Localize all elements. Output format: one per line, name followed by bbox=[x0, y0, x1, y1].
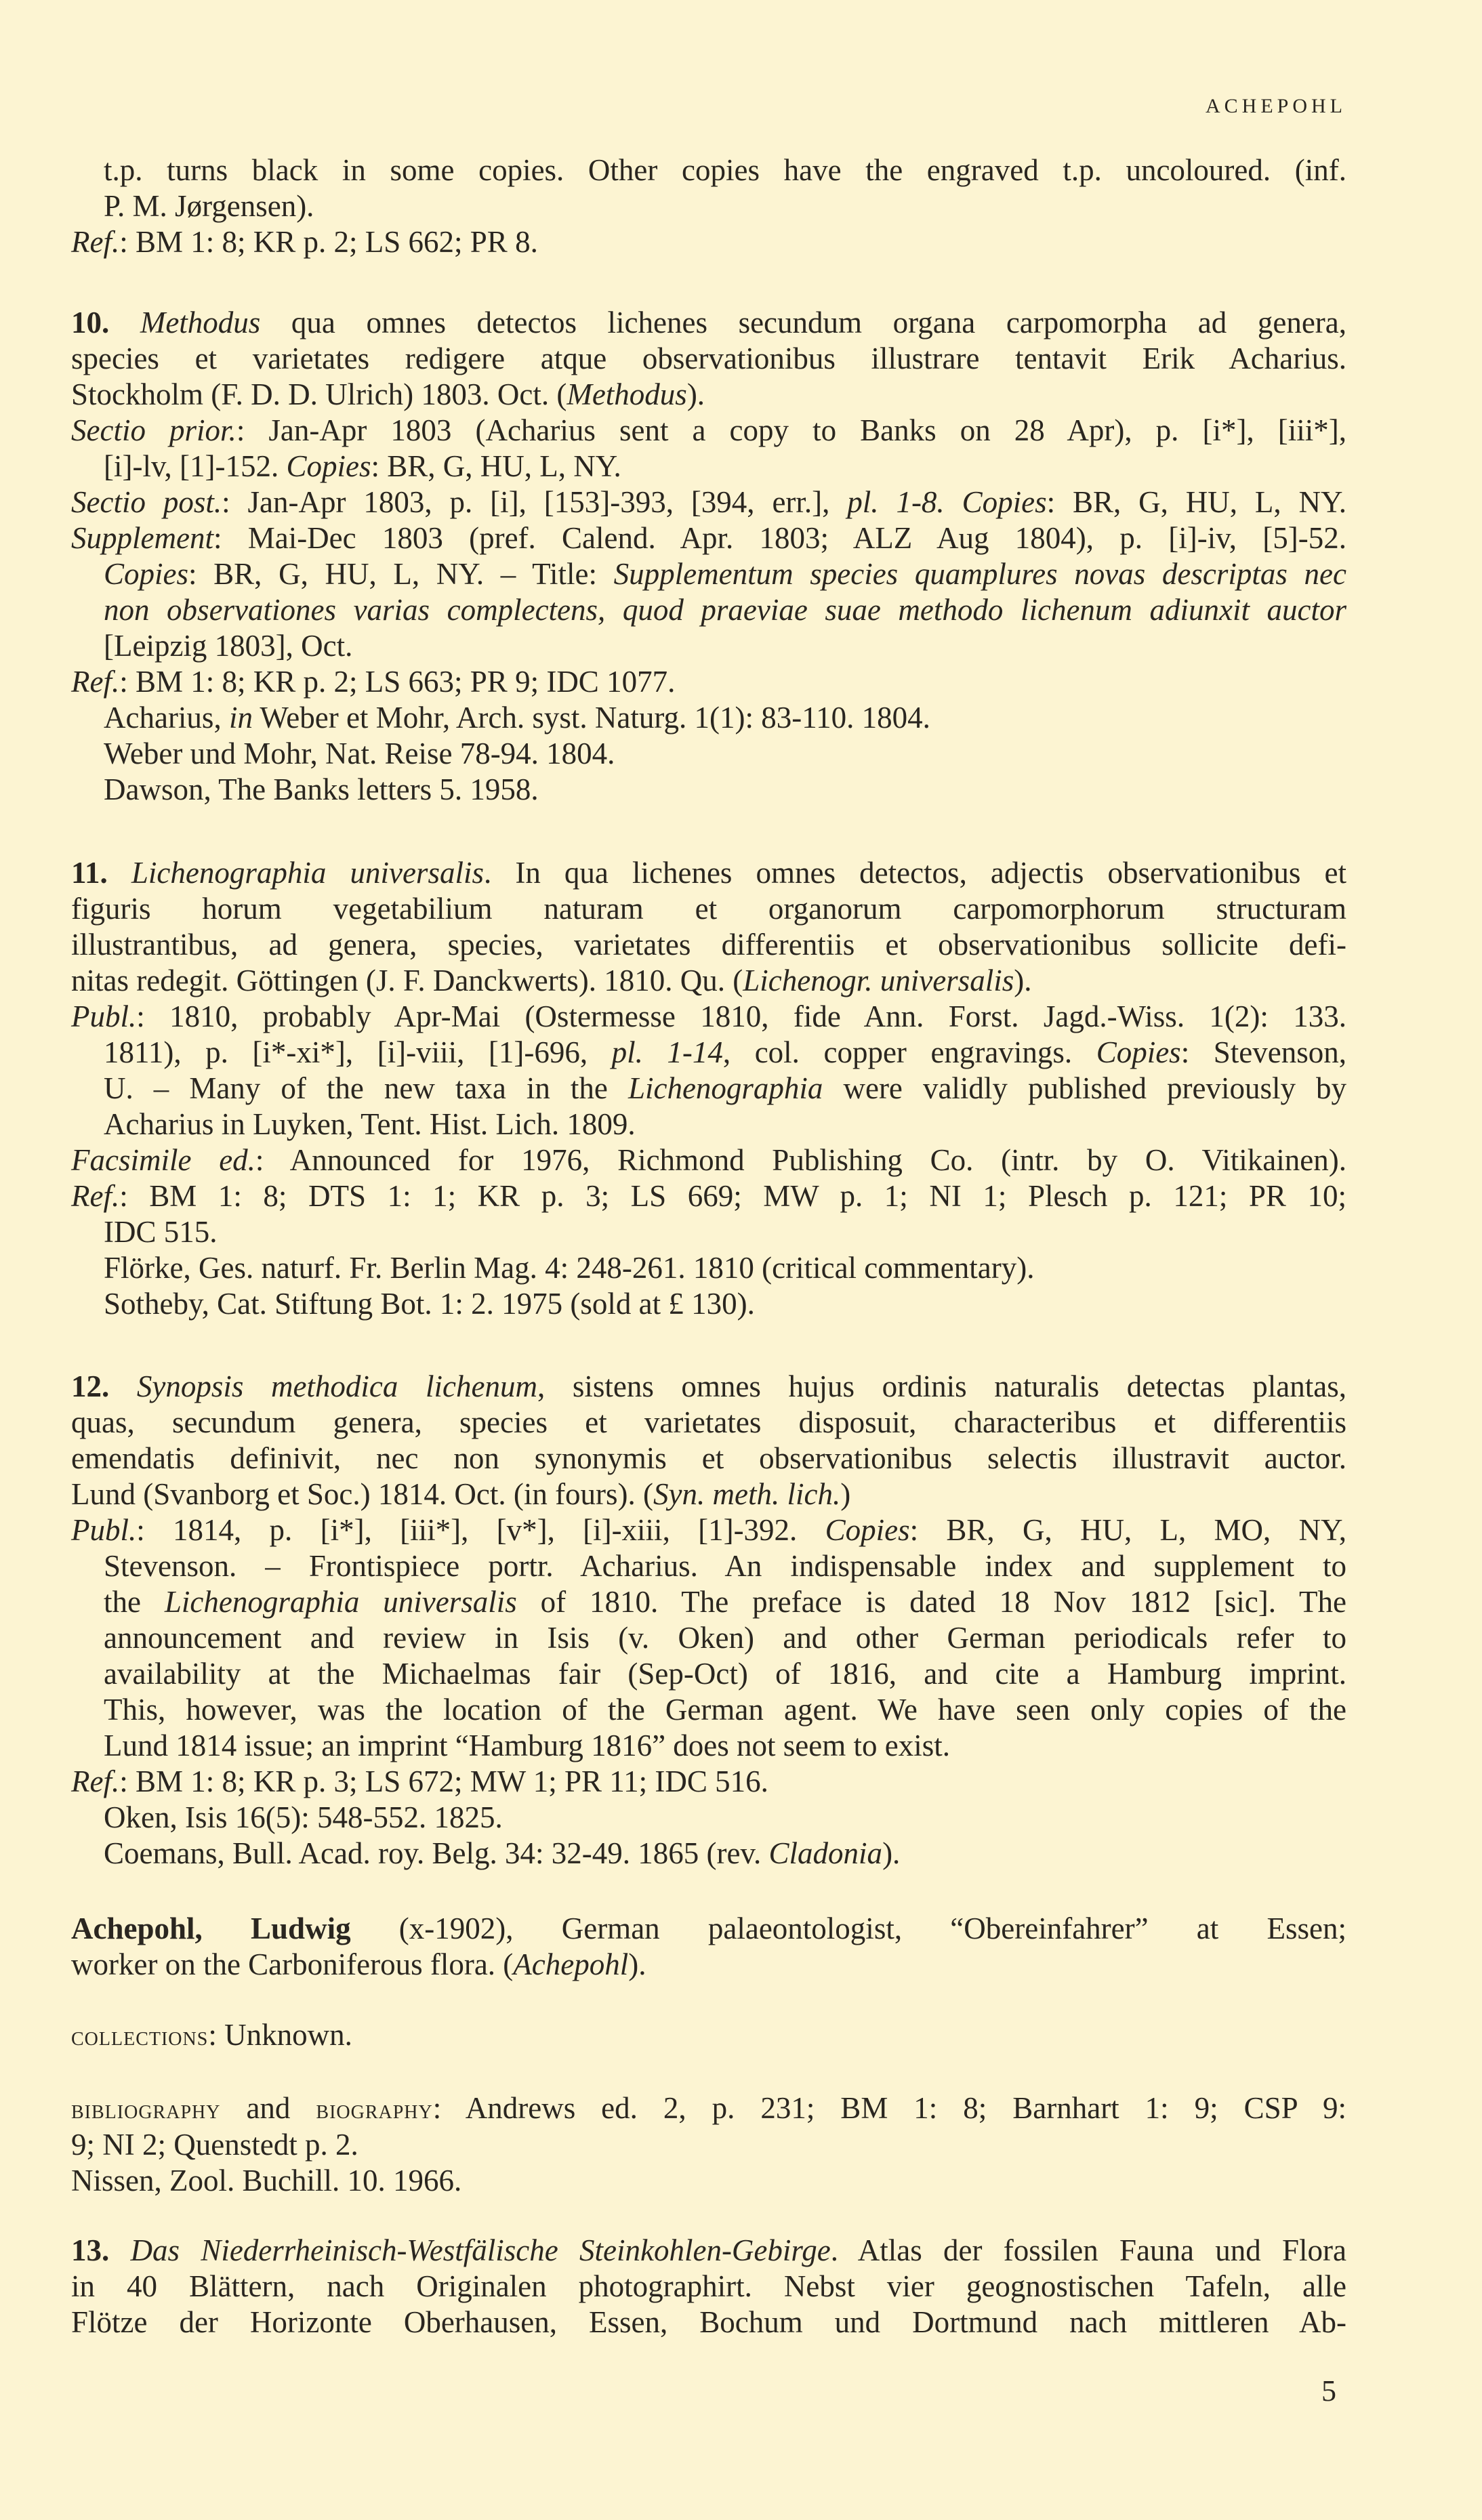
text-line: non observationes varias complectens, qu… bbox=[71, 592, 1346, 628]
entry-number: 13. bbox=[71, 2233, 109, 2267]
text-line: U. – Many of the new taxa in the Licheno… bbox=[71, 1071, 1346, 1107]
text-line: announcement and review in Isis (v. Oken… bbox=[71, 1620, 1346, 1656]
literature-line: Flörke, Ges. naturf. Fr. Berlin Mag. 4: … bbox=[71, 1250, 1346, 1286]
entry-10: 10. Methodus qua omnes detectos lichenes… bbox=[71, 305, 1346, 808]
publ-line: Publ.: 1814, p. [i*], [iii*], [v*], [i]-… bbox=[71, 1512, 1346, 1548]
text-line: Stockholm (F. D. D. Ulrich) 1803. Oct. (… bbox=[71, 377, 1346, 413]
literature-line: Sotheby, Cat. Stiftung Bot. 1: 2. 1975 (… bbox=[71, 1286, 1346, 1322]
entry-12: 12. Synopsis methodica lichenum, sistens… bbox=[71, 1369, 1346, 1872]
entry-title: Methodus bbox=[140, 306, 260, 339]
text-line: quas, secundum genera, species et variet… bbox=[71, 1405, 1346, 1441]
text-line: [i]-lv, [1]-152. Copies: BR, G, HU, L, N… bbox=[71, 449, 1346, 484]
entry-title-line: 13. Das Niederrheinisch-Westfälische Ste… bbox=[71, 2233, 1346, 2269]
entry-title: Lichenographia universalis bbox=[131, 856, 484, 890]
text-line: Copies: BR, G, HU, L, NY. – Title: Suppl… bbox=[71, 556, 1346, 592]
text-line: Stevenson. – Frontispiece portr. Achariu… bbox=[71, 1548, 1346, 1584]
author-entry: Achepohl, Ludwig (x-1902), German palaeo… bbox=[71, 1911, 1346, 1983]
author-line: Achepohl, Ludwig (x-1902), German palaeo… bbox=[71, 1911, 1346, 1947]
sectio-prior-line: Sectio prior.: Jan-Apr 1803 (Acharius se… bbox=[71, 413, 1346, 449]
ref-line: Ref.: BM 1: 8; KR p. 2; LS 662; PR 8. bbox=[71, 224, 1346, 260]
entry-title-line: 12. Synopsis methodica lichenum, sistens… bbox=[71, 1369, 1346, 1405]
text-line: emendatis definivit, nec non synonymis e… bbox=[71, 1441, 1346, 1476]
literature-line: Coemans, Bull. Acad. roy. Belg. 34: 32-4… bbox=[71, 1836, 1346, 1872]
text-line: IDC 515. bbox=[71, 1214, 1346, 1250]
ref-line: Ref.: BM 1: 8; DTS 1: 1; KR p. 3; LS 669… bbox=[71, 1178, 1346, 1214]
text-line: P. M. Jørgensen). bbox=[71, 188, 1346, 224]
text-line: 1811), p. [i*-xi*], [i]-viii, [1]-696, p… bbox=[71, 1035, 1346, 1071]
text-line: in 40 Blättern, nach Originalen photogra… bbox=[71, 2269, 1346, 2305]
continuation-block: t.p. turns black in some copies. Other c… bbox=[71, 152, 1346, 260]
entry-13: 13. Das Niederrheinisch-Westfälische Ste… bbox=[71, 2233, 1346, 2340]
sectio-post-line: Sectio post.: Jan-Apr 1803, p. [i], [153… bbox=[71, 484, 1346, 520]
book-page: ACHEPOHL t.p. turns black in some copies… bbox=[0, 0, 1482, 2520]
text-line: figuris horum vegetabilium naturam et or… bbox=[71, 891, 1346, 927]
entry-number: 12. bbox=[71, 1369, 109, 1403]
bibliography-line: bibliography and biography: Andrews ed. … bbox=[71, 2090, 1346, 2127]
entry-title: Synopsis methodica lichenum bbox=[137, 1369, 537, 1403]
text-line: species et varietates redigere atque obs… bbox=[71, 341, 1346, 377]
literature-line: Weber und Mohr, Nat. Reise 78-94. 1804. bbox=[71, 736, 1346, 772]
collections-block: collections: Unknown. bbox=[71, 2017, 1346, 2054]
literature-line: Oken, Isis 16(5): 548-552. 1825. bbox=[71, 1800, 1346, 1836]
ref-line: Ref.: BM 1: 8; KR p. 2; LS 663; PR 9; ID… bbox=[71, 664, 1346, 700]
text-line: Nissen, Zool. Buchill. 10. 1966. bbox=[71, 2163, 1346, 2199]
facsimile-line: Facsimile ed.: Announced for 1976, Richm… bbox=[71, 1142, 1346, 1178]
text-line: worker on the Carboniferous flora. (Ache… bbox=[71, 1947, 1346, 1983]
publ-line: Publ.: 1810, probably Apr-Mai (Ostermess… bbox=[71, 999, 1346, 1035]
running-head: ACHEPOHL bbox=[1206, 95, 1346, 118]
text-line: 9; NI 2; Quenstedt p. 2. bbox=[71, 2127, 1346, 2163]
literature-line: Acharius, in Weber et Mohr, Arch. syst. … bbox=[71, 700, 1346, 736]
text-line: availability at the Michaelmas fair (Sep… bbox=[71, 1656, 1346, 1692]
entry-11: 11. Lichenographia universalis. In qua l… bbox=[71, 855, 1346, 1322]
text-line: This, however, was the location of the G… bbox=[71, 1692, 1346, 1728]
text-line: Acharius in Luyken, Tent. Hist. Lich. 18… bbox=[71, 1107, 1346, 1142]
author-name: Achepohl, Ludwig bbox=[71, 1912, 351, 1945]
literature-line: Dawson, The Banks letters 5. 1958. bbox=[71, 772, 1346, 808]
text-line: Flötze der Horizonte Oberhausen, Essen, … bbox=[71, 2305, 1346, 2340]
ref-line: Ref.: BM 1: 8; KR p. 3; LS 672; MW 1; PR… bbox=[71, 1764, 1346, 1800]
bibliography-block: bibliography and biography: Andrews ed. … bbox=[71, 2090, 1346, 2199]
text-line: Lund 1814 issue; an imprint “Hamburg 181… bbox=[71, 1728, 1346, 1764]
text-line: nitas redegit. Göttingen (J. F. Danckwer… bbox=[71, 963, 1346, 999]
supplement-line: Supplement: Mai-Dec 1803 (pref. Calend. … bbox=[71, 520, 1346, 556]
entry-number: 10. bbox=[71, 306, 109, 339]
entry-title: Das Niederrheinisch-Westfälische Steinko… bbox=[131, 2233, 831, 2267]
page-number: 5 bbox=[1321, 2374, 1336, 2408]
collections-line: collections: Unknown. bbox=[71, 2017, 1346, 2054]
entry-title-line: 11. Lichenographia universalis. In qua l… bbox=[71, 855, 1346, 891]
entry-title-line: 10. Methodus qua omnes detectos lichenes… bbox=[71, 305, 1346, 341]
text-line: Lund (Svanborg et Soc.) 1814. Oct. (in f… bbox=[71, 1476, 1346, 1512]
text-line: the Lichenographia universalis of 1810. … bbox=[71, 1584, 1346, 1620]
text-line: t.p. turns black in some copies. Other c… bbox=[71, 152, 1346, 188]
text-line: illustrantibus, ad genera, species, vari… bbox=[71, 927, 1346, 963]
text-line: [Leipzig 1803], Oct. bbox=[71, 628, 1346, 664]
entry-number: 11. bbox=[71, 856, 108, 890]
